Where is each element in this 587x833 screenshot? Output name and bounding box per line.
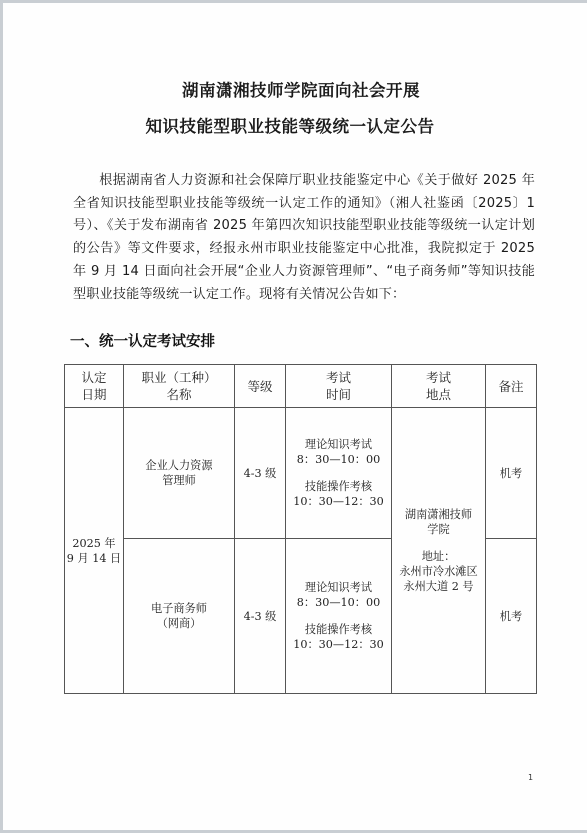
- header-date: 认定日期: [65, 365, 124, 408]
- header-exam-location: 考试地点: [392, 365, 486, 408]
- header-level: 等级: [235, 365, 286, 408]
- header-exam-time: 考试时间: [286, 365, 392, 408]
- intro-paragraph: 根据湖南省人力资源和社会保障厅职业技能鉴定中心《关于做好 2025 年全省知识技…: [73, 170, 535, 306]
- header-occupation: 职业（工种）名称: [124, 365, 235, 408]
- title-line-1: 湖南潇湘技师学院面向社会开展: [9, 77, 587, 101]
- intro-paragraph-text: 根据湖南省人力资源和社会保障厅职业技能鉴定中心《关于做好 2025 年全省知识技…: [73, 173, 535, 302]
- header-remark: 备注: [486, 365, 537, 408]
- cell-exam-time: 理论知识考试8：30—10：00 技能操作考核10：30—12：30: [286, 539, 392, 694]
- table-header-row: 认定日期 职业（工种）名称 等级 考试时间 考试地点 备注: [65, 365, 537, 408]
- document-page: 湖南潇湘技师学院面向社会开展 知识技能型职业技能等级统一认定公告 根据湖南省人力…: [3, 3, 587, 830]
- cell-occupation: 电子商务师（网商）: [124, 539, 235, 694]
- title-line-2: 知识技能型职业技能等级统一认定公告: [0, 113, 582, 137]
- cell-occupation: 企业人力资源管理师: [124, 408, 235, 539]
- exam-schedule-table: 认定日期 职业（工种）名称 等级 考试时间 考试地点 备注 2025 年9 月 …: [64, 364, 537, 694]
- cell-exam-time: 理论知识考试8：30—10：00 技能操作考核10：30—12：30: [286, 408, 392, 539]
- section-heading: 一、统一认定考试安排: [70, 330, 215, 351]
- cell-level: 4-3 级: [235, 408, 286, 539]
- cell-remark: 机考: [486, 539, 537, 694]
- table-row: 2025 年9 月 14 日 企业人力资源管理师 4-3 级 理论知识考试8：3…: [65, 408, 537, 539]
- cell-remark: 机考: [486, 408, 537, 539]
- cell-exam-location: 湖南潇湘技师学院 地址：永州市冷水滩区永州大道 2 号: [392, 408, 486, 694]
- page-number: 1: [528, 773, 533, 782]
- cell-level: 4-3 级: [235, 539, 286, 694]
- cell-date: 2025 年9 月 14 日: [65, 408, 124, 694]
